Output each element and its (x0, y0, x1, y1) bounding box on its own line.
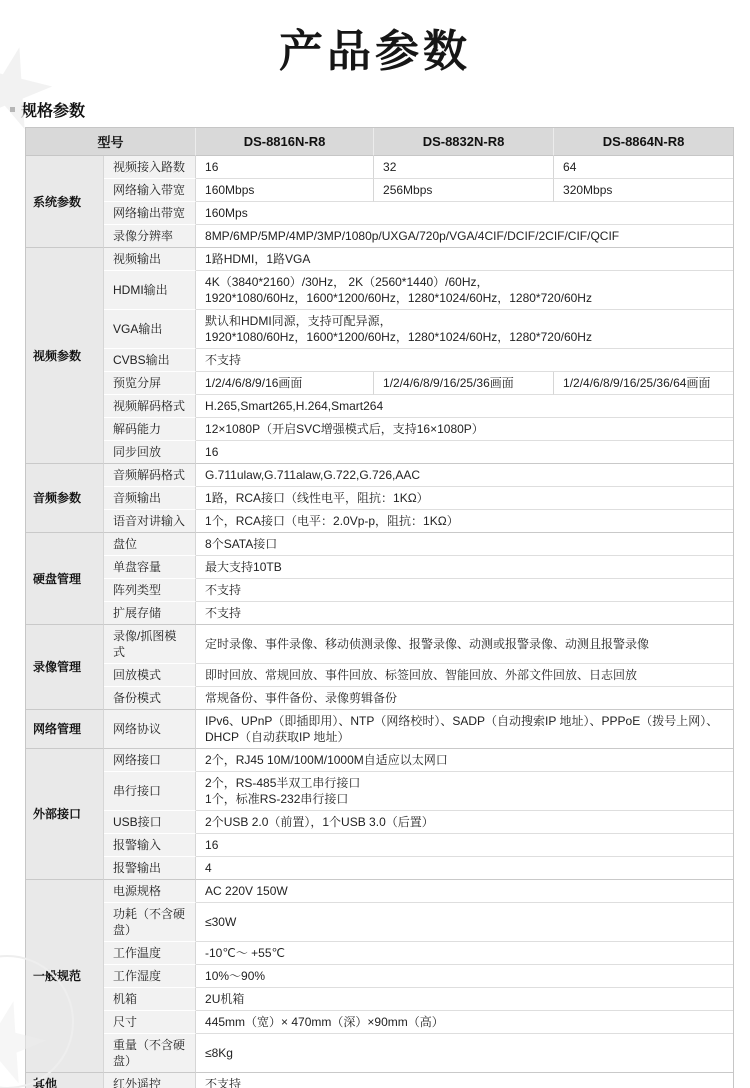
spec-row: 音频参数音频解码格式G.711ulaw,G.711alaw,G.722,G.72… (26, 464, 733, 487)
spec-label-cell: 电源规格 (104, 880, 196, 903)
spec-label-cell: 工作湿度 (104, 965, 196, 988)
spec-row: 硬盘管理盘位8个SATA接口 (26, 533, 733, 556)
spec-label-cell: 扩展存储 (104, 602, 196, 625)
model-label-cell: 型号 (26, 128, 196, 156)
spec-value-cell: 不支持 (196, 602, 733, 625)
spec-row: 扩展存储不支持 (26, 602, 733, 625)
spec-row: VGA输出默认和HDMI同源，支持可配异源， 1920*1080/60Hz，16… (26, 310, 733, 349)
spec-label-cell: 语音对讲输入 (104, 510, 196, 533)
spec-row: 系统参数视频接入路数163264 (26, 156, 733, 179)
spec-value-cell: 64 (554, 156, 733, 179)
spec-value-cell: 不支持 (196, 579, 733, 602)
spec-row: 阵列类型不支持 (26, 579, 733, 602)
spec-group-cell: 系统参数 (26, 156, 104, 248)
spec-row: 音频输出1路，RCA接口（线性电平，阻抗：1KΩ） (26, 487, 733, 510)
spec-value-cell: 2个，RJ45 10M/100M/1000M自适应以太网口 (196, 749, 733, 772)
spec-row: 报警输出4 (26, 857, 733, 880)
spec-label-cell: 串行接口 (104, 772, 196, 811)
spec-table: 型号 DS-8816N-R8 DS-8832N-R8 DS-8864N-R8 系… (25, 127, 734, 1088)
spec-label-cell: CVBS输出 (104, 349, 196, 372)
spec-label-cell: 视频解码格式 (104, 395, 196, 418)
spec-row: CVBS输出不支持 (26, 349, 733, 372)
spec-value-cell: 1个，RCA接口（电平：2.0Vp-p，阻抗：1KΩ） (196, 510, 733, 533)
spec-row: 串行接口2个，RS-485半双工串行接口 1个，标准RS-232串行接口 (26, 772, 733, 811)
spec-group-cell: 录像管理 (26, 625, 104, 710)
spec-value-cell: 1路，RCA接口（线性电平，阻抗：1KΩ） (196, 487, 733, 510)
spec-value-cell: 12×1080P（开启SVC增强模式后，支持16×1080P） (196, 418, 733, 441)
spec-value-cell: ≤30W (196, 903, 733, 942)
table-header-row: 型号 DS-8816N-R8 DS-8832N-R8 DS-8864N-R8 (26, 128, 733, 156)
spec-value-cell: ≤8Kg (196, 1034, 733, 1073)
spec-label-cell: 录像/抓图模式 (104, 625, 196, 664)
spec-label-cell: 单盘容量 (104, 556, 196, 579)
spec-value-cell: G.711ulaw,G.711alaw,G.722,G.726,AAC (196, 464, 733, 487)
spec-row: HDMI输出4K（3840*2160）/30Hz， 2K（2560*1440）/… (26, 271, 733, 310)
section-heading: 规格参数 (10, 98, 750, 121)
spec-value-cell: AC 220V 150W (196, 880, 733, 903)
spec-label-cell: 阵列类型 (104, 579, 196, 602)
spec-label-cell: 红外遥控 (104, 1073, 196, 1088)
section-heading-label: 规格参数 (21, 98, 85, 121)
spec-label-cell: 回放模式 (104, 664, 196, 687)
spec-label-cell: 解码能力 (104, 418, 196, 441)
spec-value-cell: IPv6、UPnP（即插即用）、NTP（网络校时）、SADP（自动搜索IP 地址… (196, 710, 733, 749)
spec-value-cell: 160Mbps (196, 179, 374, 202)
spec-label-cell: 盘位 (104, 533, 196, 556)
spec-value-cell: 不支持 (196, 1073, 733, 1088)
spec-label-cell: 音频解码格式 (104, 464, 196, 487)
spec-label-cell: VGA输出 (104, 310, 196, 349)
model-name-cell: DS-8816N-R8 (196, 128, 374, 156)
spec-label-cell: 工作温度 (104, 942, 196, 965)
spec-label-cell: 录像分辨率 (104, 225, 196, 248)
spec-label-cell: 网络输出带宽 (104, 202, 196, 225)
spec-value-cell: 不支持 (196, 349, 733, 372)
spec-value-cell: 最大支持10TB (196, 556, 733, 579)
spec-row: 机箱2U机箱 (26, 988, 733, 1011)
spec-group-cell: 网络管理 (26, 710, 104, 749)
spec-group-cell: 硬盘管理 (26, 533, 104, 625)
spec-label-cell: 机箱 (104, 988, 196, 1011)
spec-row: 外部接口网络接口2个，RJ45 10M/100M/1000M自适应以太网口 (26, 749, 733, 772)
spec-row: 一般规范电源规格AC 220V 150W (26, 880, 733, 903)
spec-row: 同步回放16 (26, 441, 733, 464)
page-title: 产品参数 (0, 26, 750, 78)
spec-value-cell: 320Mbps (554, 179, 733, 202)
spec-row: 重量（不含硬盘）≤8Kg (26, 1034, 733, 1073)
spec-value-cell: 4 (196, 857, 733, 880)
spec-value-cell: 1/2/4/6/8/9/16/25/36/64画面 (554, 372, 733, 395)
spec-value-cell: 常规备份、事件备份、录像剪辑备份 (196, 687, 733, 710)
spec-value-cell: 16 (196, 834, 733, 857)
spec-row: 单盘容量最大支持10TB (26, 556, 733, 579)
spec-value-cell: 默认和HDMI同源，支持可配异源， 1920*1080/60Hz，1600*12… (196, 310, 733, 349)
spec-value-cell: 445mm（宽）× 470mm（深）×90mm（高） (196, 1011, 733, 1034)
spec-value-cell: 1/2/4/6/8/9/16/25/36画面 (374, 372, 554, 395)
spec-row: 工作温度-10℃～ +55℃ (26, 942, 733, 965)
spec-value-cell: 1路HDMI，1路VGA (196, 248, 733, 271)
spec-value-cell: 8个SATA接口 (196, 533, 733, 556)
spec-value-cell: H.265,Smart265,H.264,Smart264 (196, 395, 733, 418)
spec-label-cell: 网络接口 (104, 749, 196, 772)
spec-value-cell: 4K（3840*2160）/30Hz， 2K（2560*1440）/60Hz， … (196, 271, 733, 310)
spec-row: 网络管理网络协议IPv6、UPnP（即插即用）、NTP（网络校时）、SADP（自… (26, 710, 733, 749)
spec-label-cell: 尺寸 (104, 1011, 196, 1034)
spec-label-cell: HDMI输出 (104, 271, 196, 310)
spec-row: 网络输入带宽160Mbps256Mbps320Mbps (26, 179, 733, 202)
spec-label-cell: 同步回放 (104, 441, 196, 464)
spec-label-cell: 报警输入 (104, 834, 196, 857)
spec-value-cell: 16 (196, 156, 374, 179)
spec-value-cell: 1/2/4/6/8/9/16画面 (196, 372, 374, 395)
spec-value-cell: 2个USB 2.0（前置），1个USB 3.0（后置） (196, 811, 733, 834)
spec-row: USB接口2个USB 2.0（前置），1个USB 3.0（后置） (26, 811, 733, 834)
spec-label-cell: 视频接入路数 (104, 156, 196, 179)
spec-value-cell: 256Mbps (374, 179, 554, 202)
model-name-cell: DS-8864N-R8 (554, 128, 733, 156)
spec-label-cell: 功耗（不含硬盘） (104, 903, 196, 942)
spec-row: 视频参数视频输出1路HDMI，1路VGA (26, 248, 733, 271)
spec-value-cell: -10℃～ +55℃ (196, 942, 733, 965)
spec-value-cell: 2U机箱 (196, 988, 733, 1011)
spec-value-cell: 定时录像、事件录像、移动侦测录像、报警录像、动测或报警录像、动测且报警录像 (196, 625, 733, 664)
spec-row: 回放模式即时回放、常规回放、事件回放、标签回放、智能回放、外部文件回放、日志回放 (26, 664, 733, 687)
spec-value-cell: 16 (196, 441, 733, 464)
spec-row: 备份模式常规备份、事件备份、录像剪辑备份 (26, 687, 733, 710)
spec-label-cell: USB接口 (104, 811, 196, 834)
spec-group-cell: 外部接口 (26, 749, 104, 880)
spec-value-cell: 2个，RS-485半双工串行接口 1个，标准RS-232串行接口 (196, 772, 733, 811)
spec-label-cell: 报警输出 (104, 857, 196, 880)
spec-row: 语音对讲输入1个，RCA接口（电平：2.0Vp-p，阻抗：1KΩ） (26, 510, 733, 533)
spec-group-cell: 音频参数 (26, 464, 104, 533)
spec-value-cell: 160Mps (196, 202, 733, 225)
spec-group-cell: 视频参数 (26, 248, 104, 464)
spec-row: 网络输出带宽160Mps (26, 202, 733, 225)
spec-row: 工作湿度10%～90% (26, 965, 733, 988)
spec-row: 解码能力12×1080P（开启SVC增强模式后，支持16×1080P） (26, 418, 733, 441)
spec-label-cell: 音频输出 (104, 487, 196, 510)
spec-value-cell: 8MP/6MP/5MP/4MP/3MP/1080p/UXGA/720p/VGA/… (196, 225, 733, 248)
spec-label-cell: 网络输入带宽 (104, 179, 196, 202)
spec-row: 尺寸445mm（宽）× 470mm（深）×90mm（高） (26, 1011, 733, 1034)
spec-value-cell: 即时回放、常规回放、事件回放、标签回放、智能回放、外部文件回放、日志回放 (196, 664, 733, 687)
spec-row: 报警输入16 (26, 834, 733, 857)
spec-row: 录像分辨率8MP/6MP/5MP/4MP/3MP/1080p/UXGA/720p… (26, 225, 733, 248)
spec-label-cell: 网络协议 (104, 710, 196, 749)
spec-row: 预览分屏1/2/4/6/8/9/16画面1/2/4/6/8/9/16/25/36… (26, 372, 733, 395)
spec-row: 视频解码格式H.265,Smart265,H.264,Smart264 (26, 395, 733, 418)
spec-table-body: 系统参数视频接入路数163264网络输入带宽160Mbps256Mbps320M… (26, 156, 733, 1088)
spec-label-cell: 预览分屏 (104, 372, 196, 395)
spec-label-cell: 视频输出 (104, 248, 196, 271)
spec-row: 功耗（不含硬盘）≤30W (26, 903, 733, 942)
spec-label-cell: 重量（不含硬盘） (104, 1034, 196, 1073)
spec-row: 录像管理录像/抓图模式定时录像、事件录像、移动侦测录像、报警录像、动测或报警录像… (26, 625, 733, 664)
model-name-cell: DS-8832N-R8 (374, 128, 554, 156)
spec-row: 其他红外遥控不支持 (26, 1073, 733, 1088)
spec-value-cell: 32 (374, 156, 554, 179)
spec-value-cell: 10%～90% (196, 965, 733, 988)
spec-label-cell: 备份模式 (104, 687, 196, 710)
